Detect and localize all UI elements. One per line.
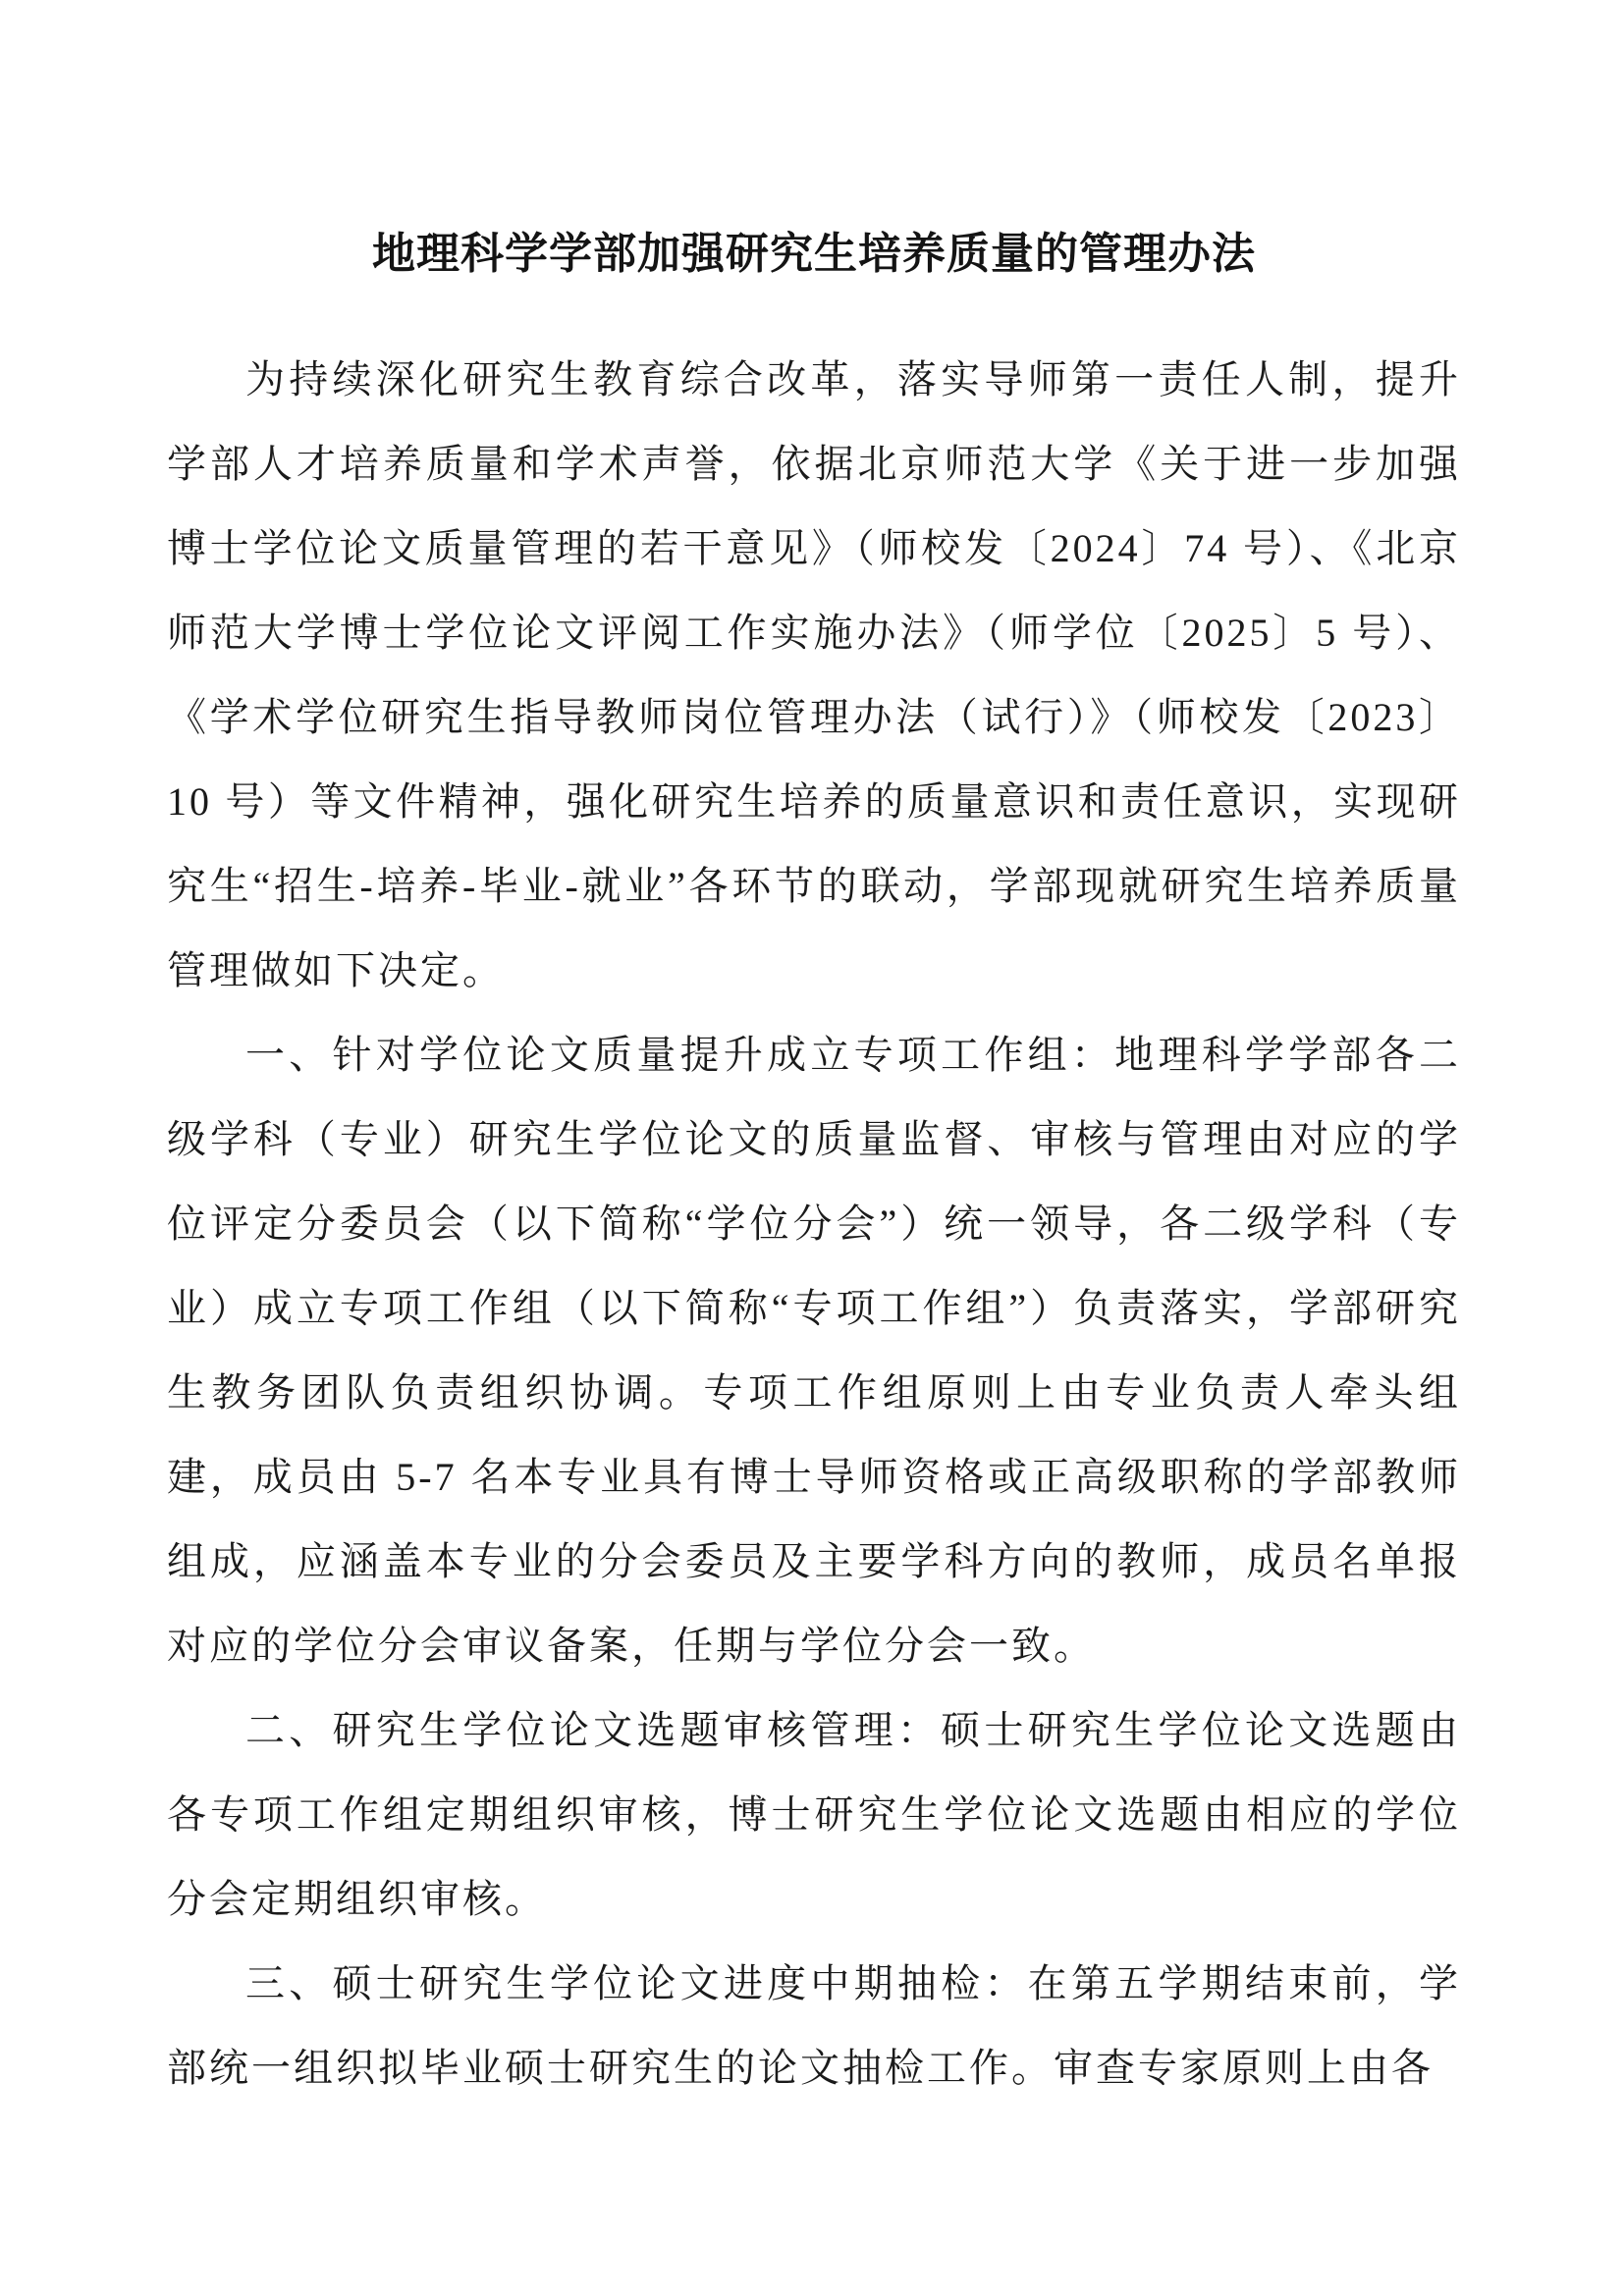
paragraph-intro: 为持续深化研究生教育综合改革，落实导师第一责任人制，提升学部人才培养质量和学术声… [167,338,1461,1013]
document-title: 地理科学学部加强研究生培养质量的管理办法 [167,224,1461,285]
paragraph-item-2: 二、研究生学位论文选题审核管理：硕士研究生学位论文选题由各专项工作组定期组织审核… [167,1688,1461,1942]
paragraph-item-1: 一、针对学位论文质量提升成立专项工作组：地理科学学部各二级学科（专业）研究生学位… [167,1013,1461,1688]
document-page: 地理科学学部加强研究生培养质量的管理办法 为持续深化研究生教育综合改革，落实导师… [0,0,1624,2296]
paragraph-item-3: 三、硕士研究生学位论文进度中期抽检：在第五学期结束前，学部统一组织拟毕业硕士研究… [167,1942,1461,2110]
